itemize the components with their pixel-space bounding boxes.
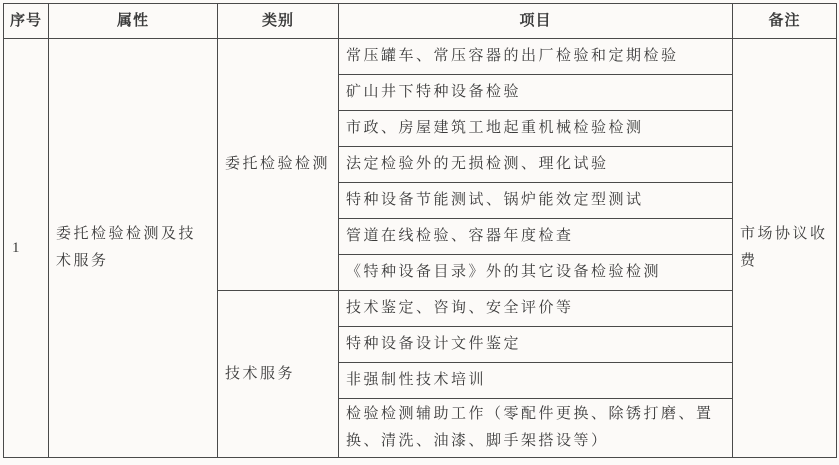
column-header-category: 类别	[218, 4, 339, 39]
item-cell: 《特种设备目录》外的其它设备检验检测	[339, 255, 733, 291]
seq-cell: 1	[4, 39, 49, 458]
item-cell: 特种设备节能测试、锅炉能效定型测试	[339, 183, 733, 219]
item-cell: 常压罐车、常压容器的出厂检验和定期检验	[339, 39, 733, 75]
table-row: 1 委托检验检测及技术服务 委托检验检测 常压罐车、常压容器的出厂检验和定期检验…	[4, 39, 837, 75]
item-cell: 特种设备设计文件鉴定	[339, 327, 733, 363]
category-cell-entrusted-inspection: 委托检验检测	[218, 39, 339, 291]
item-cell: 市政、房屋建筑工地起重机械检验检测	[339, 111, 733, 147]
header-row: 序号 属性 类别 项目 备注	[4, 4, 837, 39]
item-cell: 管道在线检验、容器年度检查	[339, 219, 733, 255]
remark-cell: 市场协议收费	[733, 39, 837, 458]
column-header-remark: 备注	[733, 4, 837, 39]
fee-table: 序号 属性 类别 项目 备注 1 委托检验检测及技术服务 委托检验检测 常压罐车…	[3, 3, 837, 458]
item-cell: 检验检测辅助工作（零配件更换、除锈打磨、置换、清洗、油漆、脚手架搭设等）	[339, 399, 733, 458]
column-header-seq: 序号	[4, 4, 49, 39]
attribute-cell: 委托检验检测及技术服务	[49, 39, 218, 458]
column-header-attribute: 属性	[49, 4, 218, 39]
item-cell: 技术鉴定、咨询、安全评价等	[339, 291, 733, 327]
item-cell: 非强制性技术培训	[339, 363, 733, 399]
column-header-item: 项目	[339, 4, 733, 39]
category-cell-technical-service: 技术服务	[218, 291, 339, 458]
item-cell: 矿山井下特种设备检验	[339, 75, 733, 111]
item-cell: 法定检验外的无损检测、理化试验	[339, 147, 733, 183]
